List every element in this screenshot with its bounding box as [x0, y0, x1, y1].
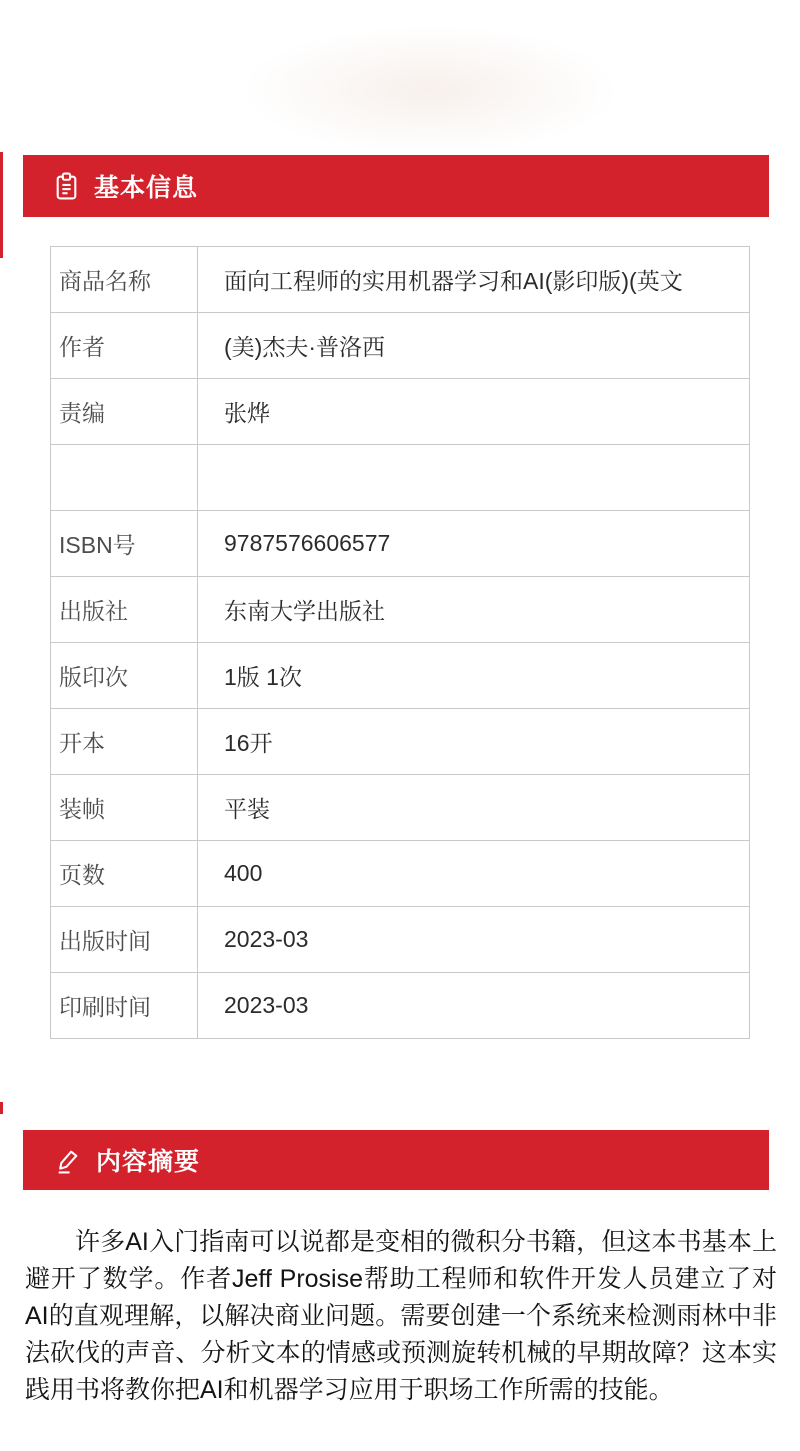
row-label: 作者 — [51, 313, 198, 379]
row-value: 16开 — [198, 709, 750, 775]
row-value: 张烨 — [198, 379, 750, 445]
table-row: 版印次 1版 1次 — [51, 643, 750, 709]
row-value: 面向工程师的实用机器学习和AI(影印版)(英文 — [198, 247, 750, 313]
row-label: ISBN号 — [51, 511, 198, 577]
row-value: 1版 1次 — [198, 643, 750, 709]
row-value: 2023-03 — [198, 973, 750, 1039]
table-row: ISBN号 9787576606577 — [51, 511, 750, 577]
product-info-table: 商品名称 面向工程师的实用机器学习和AI(影印版)(英文 作者 (美)杰夫·普洛… — [50, 246, 750, 1039]
row-value: 9787576606577 — [198, 511, 750, 577]
table-row — [51, 445, 750, 511]
row-label: 出版社 — [51, 577, 198, 643]
row-label: 出版时间 — [51, 907, 198, 973]
row-label: 印刷时间 — [51, 973, 198, 1039]
row-label: 页数 — [51, 841, 198, 907]
row-label: 商品名称 — [51, 247, 198, 313]
section-title: 基本信息 — [94, 168, 198, 204]
scan-watermark — [240, 25, 620, 155]
section-title: 内容摘要 — [96, 1142, 200, 1178]
summary-paragraph: 许多AI入门指南可以说都是变相的微积分书籍，但这本书基本上避开了数学。作者Jef… — [25, 1224, 777, 1409]
row-label: 开本 — [51, 709, 198, 775]
row-label — [51, 445, 198, 511]
row-value: 400 — [198, 841, 750, 907]
table-row: 装帧 平装 — [51, 775, 750, 841]
table-row: 作者 (美)杰夫·普洛西 — [51, 313, 750, 379]
row-value — [198, 445, 750, 511]
row-label: 装帧 — [51, 775, 198, 841]
clipboard-icon — [54, 172, 79, 201]
section-header-basic-info: 基本信息 — [23, 155, 769, 217]
table-row: 商品名称 面向工程师的实用机器学习和AI(影印版)(英文 — [51, 247, 750, 313]
row-label: 责编 — [51, 379, 198, 445]
row-value: 2023-03 — [198, 907, 750, 973]
row-label: 版印次 — [51, 643, 198, 709]
table-row: 开本 16开 — [51, 709, 750, 775]
pen-icon — [54, 1147, 81, 1174]
row-value: 平装 — [198, 775, 750, 841]
table-row: 出版社 东南大学出版社 — [51, 577, 750, 643]
row-value: 东南大学出版社 — [198, 577, 750, 643]
table-row: 责编 张烨 — [51, 379, 750, 445]
page-edge-artifact — [0, 1102, 3, 1114]
table-row: 页数 400 — [51, 841, 750, 907]
section-header-summary: 内容摘要 — [23, 1130, 769, 1190]
page-edge-artifact — [0, 152, 3, 258]
table-row: 出版时间 2023-03 — [51, 907, 750, 973]
row-value: (美)杰夫·普洛西 — [198, 313, 750, 379]
table-row: 印刷时间 2023-03 — [51, 973, 750, 1039]
